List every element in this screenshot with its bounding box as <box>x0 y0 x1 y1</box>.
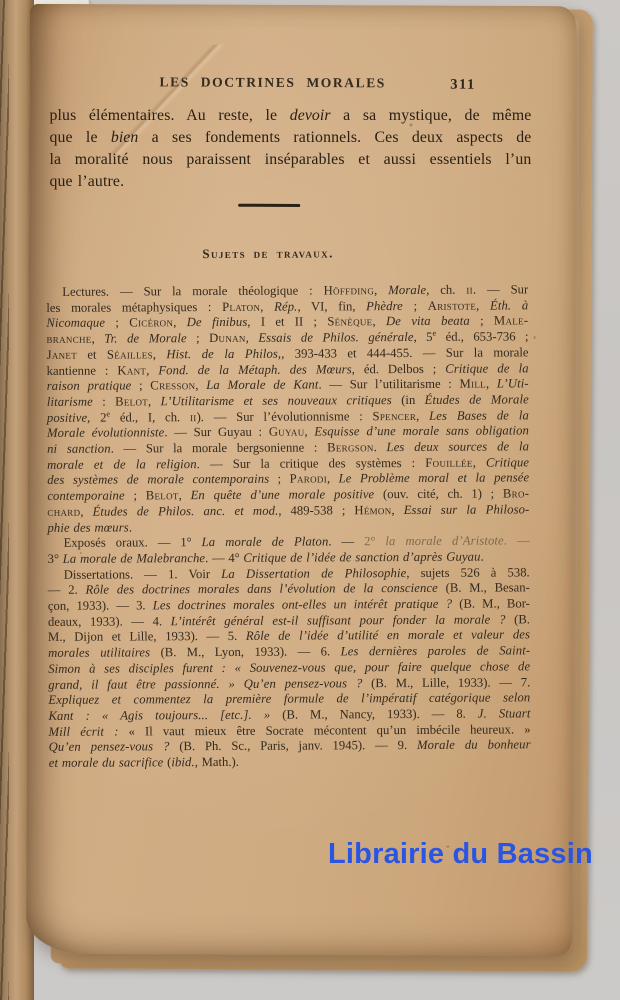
exposes-oraux-paragraph: Exposés oraux. — 1° La morale de Platon.… <box>48 533 530 567</box>
dissertations-paragraph-line: Qu’en pensez-vous ? (B. Ph. Sc., Paris, … <box>49 737 531 755</box>
page-number: 311 <box>450 77 476 94</box>
exposes-oraux-paragraph-line: 3° La morale de Malebranche. — 4° Critiq… <box>48 549 530 567</box>
dissertations-paragraph-line: Kant : « Agis toujours... [etc.]. » (B. … <box>48 706 530 724</box>
intro-paragraph-line: que l’autre. <box>49 171 531 193</box>
page-content: LES DOCTRINES MORALES 311 plus élémentai… <box>47 4 532 773</box>
intro-paragraph-line: la moralité nous paraissent inséparables… <box>49 149 531 171</box>
page-header: LES DOCTRINES MORALES 311 <box>50 74 532 94</box>
dissertations-paragraph-line: et morale du sacrifice (ibid., Math.). <box>49 753 531 771</box>
intro-paragraph: plus élémentaires. Au reste, le devoir a… <box>49 105 531 193</box>
running-title: LES DOCTRINES MORALES <box>32 74 514 92</box>
intro-paragraph-line: que le bien a ses fondements rationnels.… <box>49 127 531 149</box>
bookseller-watermark: Librairie du Bassin <box>328 838 593 871</box>
intro-paragraph-line: plus élémentaires. Au reste, le devoir a… <box>49 105 531 127</box>
lectures-paragraph: Lectures. — Sur la morale théologique : … <box>46 282 529 536</box>
book-page: LES DOCTRINES MORALES 311 plus élémentai… <box>26 4 576 956</box>
facing-page-text-edge <box>0 0 9 1000</box>
lectures-paragraph-line: branche, Tr. de Morale ; Dunan, Essais d… <box>46 329 528 347</box>
lectures-paragraph-line: chard, Études de Philos. anc. et mod., 4… <box>47 502 529 520</box>
paper-speck <box>534 336 536 339</box>
section-heading: Sujets de travaux. <box>27 244 509 262</box>
dissertations-paragraph-line: Simon à ses disciples furent : « Souvene… <box>48 659 530 677</box>
lower-text-block: Sujets de travaux. Lectures. — Sur la mo… <box>46 244 531 771</box>
section-divider <box>238 204 300 207</box>
dissertations-paragraph: Dissertations. — 1. Voir La Dissertation… <box>48 565 531 772</box>
book-photo: LES DOCTRINES MORALES 311 plus élémentai… <box>0 0 620 1000</box>
